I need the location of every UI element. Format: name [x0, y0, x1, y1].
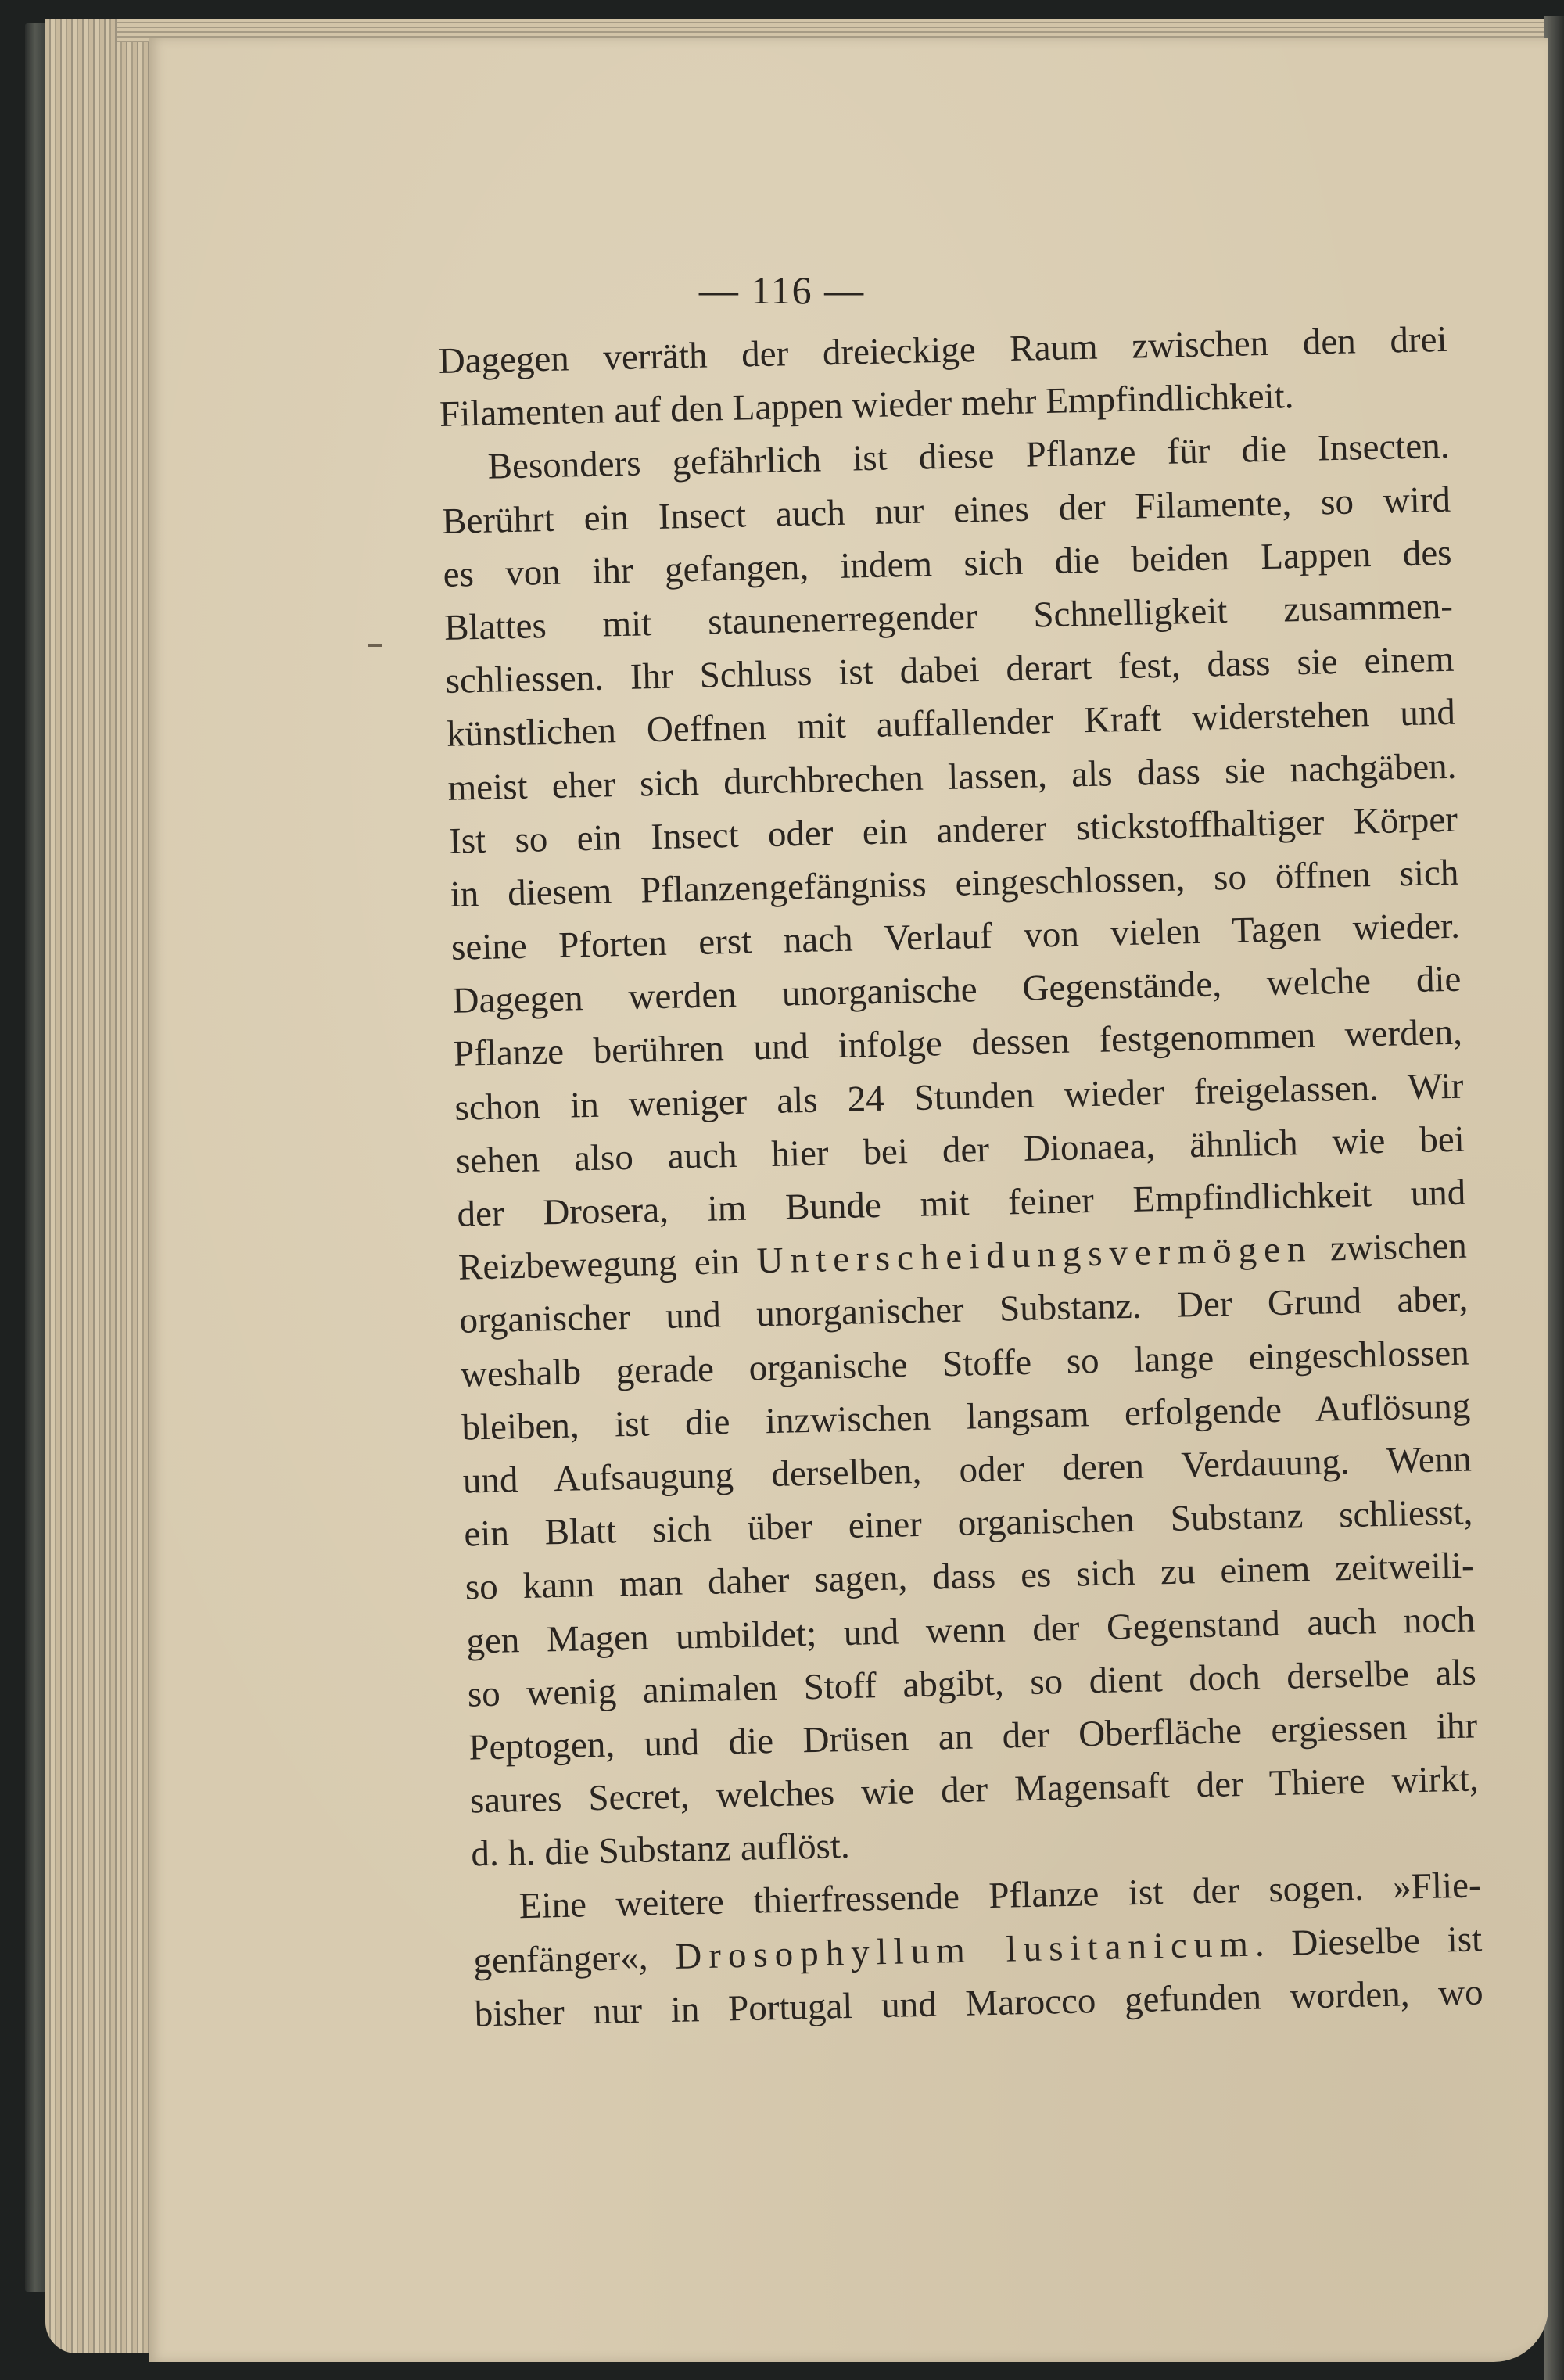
page-stack-edges [45, 19, 155, 2353]
book-scan: — 116 — Dagegen verräth der dreieckige R… [0, 0, 1564, 2380]
page-number: — 116 — [626, 267, 938, 313]
text-segment: Reizbewegung ein [457, 1241, 757, 1288]
margin-pencil-mark [368, 644, 382, 647]
emphasized-term: Unterscheidungsvermögen [756, 1229, 1313, 1281]
text-segment: . Dieselbe ist [1254, 1919, 1482, 1964]
text-segment: genfänger«, [473, 1937, 676, 1982]
text-segment: zwischen [1312, 1226, 1467, 1269]
emphasized-term: Drosophyllum lusitanicum [675, 1923, 1256, 1976]
body-text: Dagegen verräth der dreieckige Raum zwis… [438, 313, 1483, 2041]
book-binding-edge [25, 23, 47, 2292]
